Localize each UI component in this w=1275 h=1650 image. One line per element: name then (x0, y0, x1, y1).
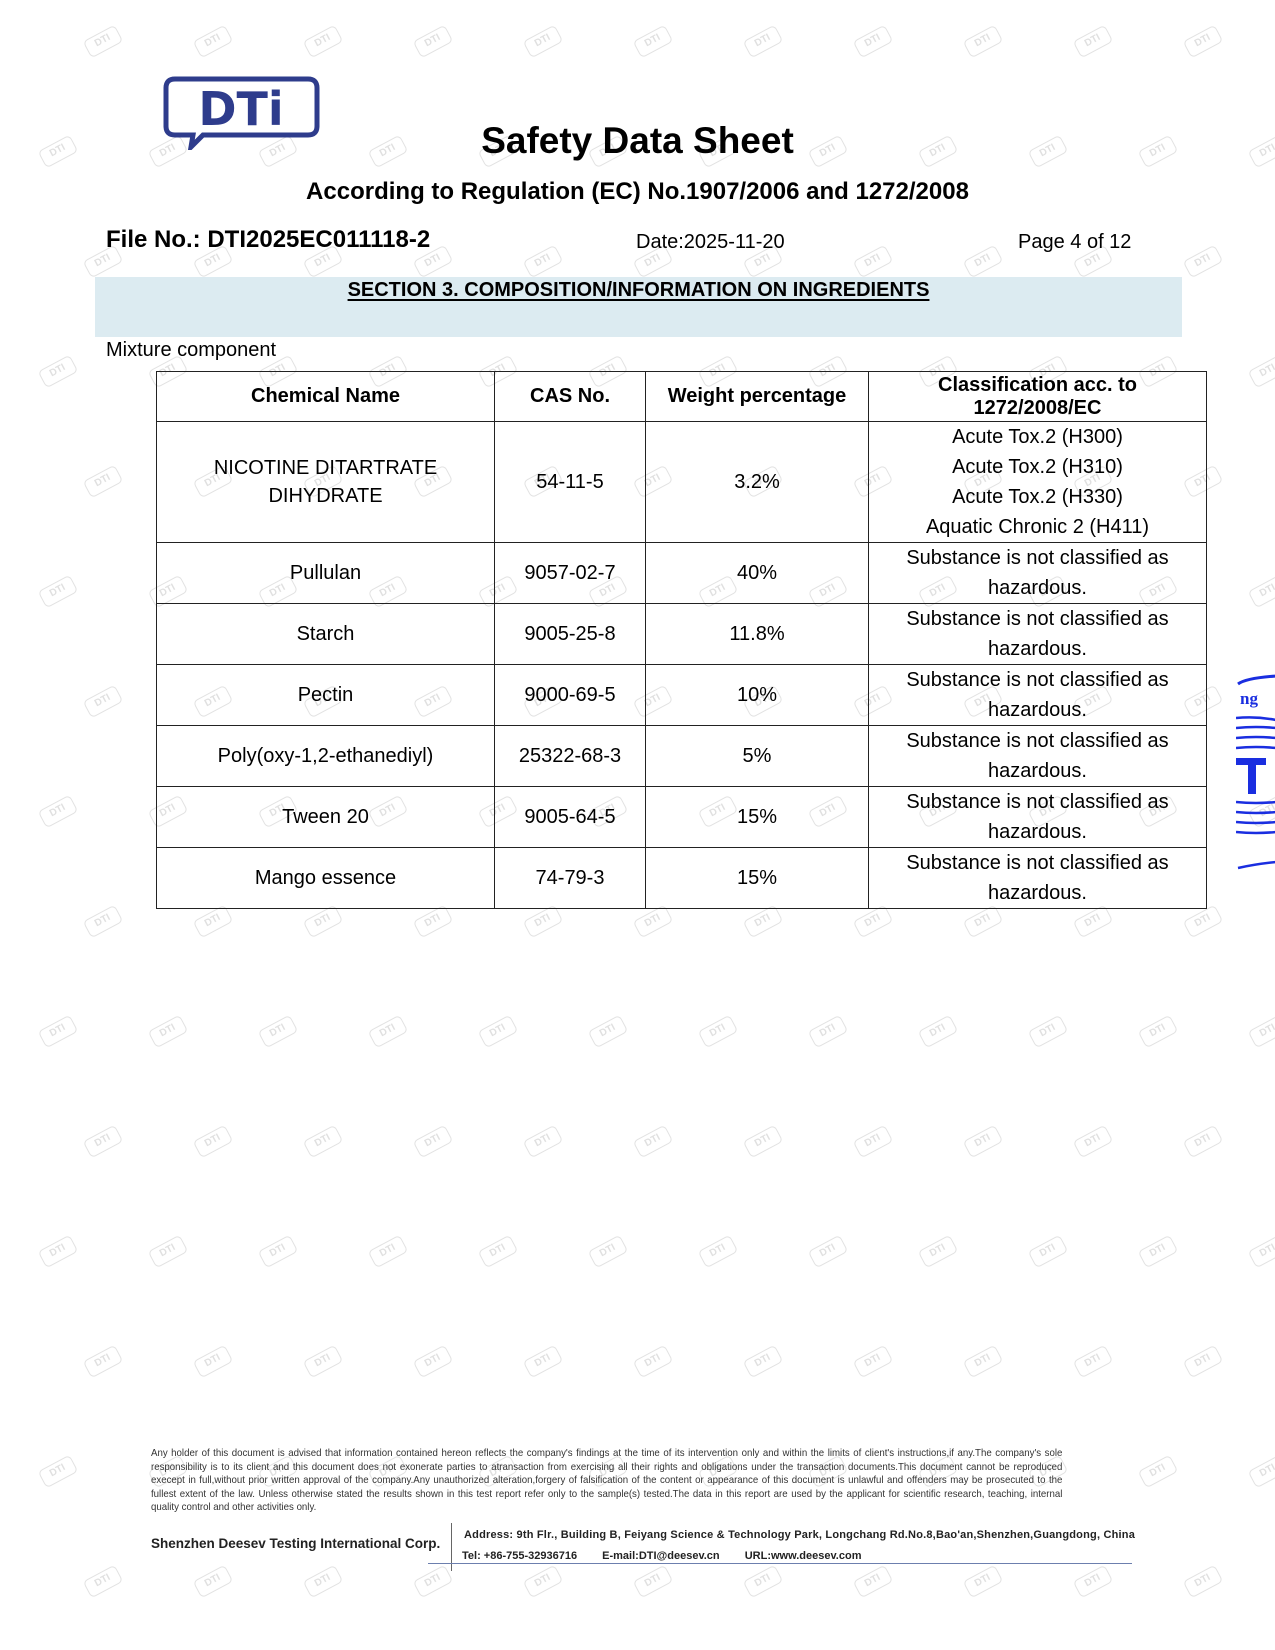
cas-number-cell: 9000-69-5 (495, 665, 646, 726)
weight-percentage-cell: 40% (646, 543, 869, 604)
classification-line: Acute Tox.2 (H330) (875, 482, 1200, 512)
classification-cell: Substance is not classified as hazardous… (869, 665, 1207, 726)
page-indicator: Page 4 of 12 (1018, 231, 1131, 254)
cas-number-cell: 9005-25-8 (495, 604, 646, 665)
weight-percentage-cell: 10% (646, 665, 869, 726)
cas-number-cell: 9057-02-7 (495, 543, 646, 604)
composition-table: Chemical Name CAS No. Weight percentage … (156, 371, 1207, 909)
classification-cell: Substance is not classified as hazardous… (869, 726, 1207, 787)
header-weight-percentage: Weight percentage (646, 372, 869, 422)
weight-percentage-cell: 11.8% (646, 604, 869, 665)
section-header-band: SECTION 3. COMPOSITION/INFORMATION ON IN… (95, 277, 1182, 337)
classification-line: Substance is not classified as hazardous… (875, 543, 1200, 603)
table-row: Starch9005-25-811.8%Substance is not cla… (157, 604, 1207, 665)
table-row: Mango essence74-79-315%Substance is not … (157, 848, 1207, 909)
table-header-row: Chemical Name CAS No. Weight percentage … (157, 372, 1207, 422)
footer-disclaimer: Any holder of this document is advised t… (151, 1447, 1062, 1515)
classification-line: Acute Tox.2 (H300) (875, 422, 1200, 452)
company-stamp: ng (1236, 672, 1275, 874)
file-number: File No.: DTI2025EC011118-2 (106, 226, 430, 254)
cas-number-cell: 54-11-5 (495, 422, 646, 543)
classification-cell: Substance is not classified as hazardous… (869, 848, 1207, 909)
header-classification: Classification acc. to 1272/2008/EC (869, 372, 1207, 422)
footer-company-name: Shenzhen Deesev Testing International Co… (151, 1536, 440, 1551)
chemical-name-cell: Poly(oxy-1,2-ethanediyl) (157, 726, 495, 787)
chemical-name-cell: Pullulan (157, 543, 495, 604)
weight-percentage-cell: 15% (646, 787, 869, 848)
chemical-name-cell: NICOTINE DITARTRATE DIHYDRATE (157, 422, 495, 543)
table-row: Pullulan9057-02-740%Substance is not cla… (157, 543, 1207, 604)
footer-tel: Tel: +86-755-32936716 (462, 1550, 577, 1562)
footer-divider-horizontal (428, 1563, 1132, 1564)
classification-cell: Substance is not classified as hazardous… (869, 787, 1207, 848)
document-date: Date:2025-11-20 (636, 231, 785, 254)
document-title: Safety Data Sheet (0, 120, 1275, 162)
chemical-name-cell: Pectin (157, 665, 495, 726)
classification-line: Acute Tox.2 (H310) (875, 452, 1200, 482)
section-title: SECTION 3. COMPOSITION/INFORMATION ON IN… (95, 279, 1182, 302)
classification-line: Substance is not classified as hazardous… (875, 665, 1200, 725)
document-subtitle: According to Regulation (EC) No.1907/200… (0, 178, 1275, 206)
table-row: Poly(oxy-1,2-ethanediyl)25322-68-35%Subs… (157, 726, 1207, 787)
mixture-label: Mixture component (106, 339, 276, 362)
classification-line: Aquatic Chronic 2 (H411) (875, 512, 1200, 542)
weight-percentage-cell: 3.2% (646, 422, 869, 543)
footer-contact: Tel: +86-755-32936716 E-mail:DTI@deesev.… (462, 1550, 883, 1562)
header-chemical-name: Chemical Name (157, 372, 495, 422)
cas-number-cell: 9005-64-5 (495, 787, 646, 848)
footer-address: Address: 9th Flr., Building B, Feiyang S… (464, 1529, 1135, 1541)
classification-line: Substance is not classified as hazardous… (875, 787, 1200, 847)
classification-line: Substance is not classified as hazardous… (875, 604, 1200, 664)
chemical-name-cell: Mango essence (157, 848, 495, 909)
classification-cell: Substance is not classified as hazardous… (869, 604, 1207, 665)
footer-email[interactable]: E-mail:DTI@deesev.cn (602, 1550, 720, 1562)
svg-text:ng: ng (1240, 689, 1258, 708)
cas-number-cell: 25322-68-3 (495, 726, 646, 787)
classification-line: Substance is not classified as hazardous… (875, 848, 1200, 908)
classification-cell: Substance is not classified as hazardous… (869, 543, 1207, 604)
classification-line: Substance is not classified as hazardous… (875, 726, 1200, 786)
weight-percentage-cell: 5% (646, 726, 869, 787)
table-row: NICOTINE DITARTRATE DIHYDRATE54-11-53.2%… (157, 422, 1207, 543)
footer-url[interactable]: URL:www.deesev.com (745, 1550, 862, 1562)
table-row: Pectin9000-69-510%Substance is not class… (157, 665, 1207, 726)
weight-percentage-cell: 15% (646, 848, 869, 909)
classification-cell: Acute Tox.2 (H300)Acute Tox.2 (H310)Acut… (869, 422, 1207, 543)
table-row: Tween 209005-64-515%Substance is not cla… (157, 787, 1207, 848)
header-cas-no: CAS No. (495, 372, 646, 422)
chemical-name-cell: Starch (157, 604, 495, 665)
chemical-name-cell: Tween 20 (157, 787, 495, 848)
cas-number-cell: 74-79-3 (495, 848, 646, 909)
